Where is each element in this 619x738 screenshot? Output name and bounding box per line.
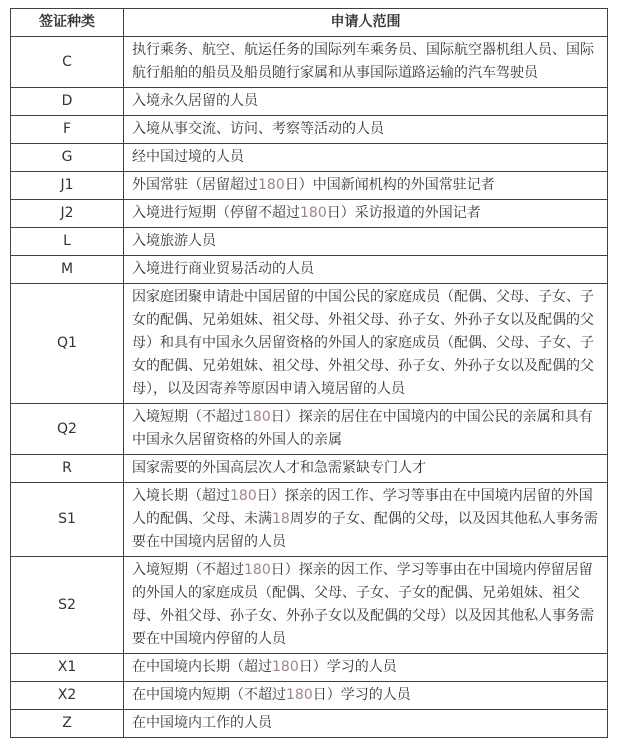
page: 签证种类 申请人范围 C 执行乘务、航空、航运任务的国际列车乘务员、国际航空器机… — [0, 0, 619, 700]
header-row: 签证种类 申请人范围 — [11, 9, 608, 37]
visa-type-cell: D — [11, 88, 124, 116]
table-header: 签证种类 申请人范围 — [11, 9, 608, 37]
table-row-f: F 入境从事交流、访问、考察等活动的人员 — [11, 116, 608, 144]
applicant-scope-cell: 在中国境内长期（超过180日）学习的人员 — [124, 654, 608, 682]
applicant-scope-cell: 入境进行短期（停留不超过180日）采访报道的外国记者 — [124, 200, 608, 228]
applicant-scope-cell: 入境短期（不超过180日）探亲的居住在中国境内的中国公民的亲属和具有中国永久居留… — [124, 404, 608, 455]
visa-type-cell: C — [11, 37, 124, 88]
visa-type-cell: R — [11, 455, 124, 483]
visa-type-cell: F — [11, 116, 124, 144]
applicant-scope-cell: 入境旅游人员 — [124, 228, 608, 256]
applicant-scope-cell: 国家需要的外国高层次人才和急需紧缺专门人才 — [124, 455, 608, 483]
applicant-scope-cell: 入境从事交流、访问、考察等活动的人员 — [124, 116, 608, 144]
applicant-scope-cell: 执行乘务、航空、航运任务的国际列车乘务员、国际航空器机组人员、国际航行船舶的船员… — [124, 37, 608, 88]
visa-type-cell: L — [11, 228, 124, 256]
visa-type-cell: G — [11, 144, 124, 172]
table-row-c: C 执行乘务、航空、航运任务的国际列车乘务员、国际航空器机组人员、国际航行船舶的… — [11, 37, 608, 88]
table-row-m: M 入境进行商业贸易活动的人员 — [11, 256, 608, 284]
applicant-scope-cell: 在中国境内工作的人员 — [124, 710, 608, 738]
visa-type-cell: S1 — [11, 483, 124, 557]
table-row-s1: S1 入境长期（超过180日）探亲的因工作、学习等事由在中国境内居留的外国人的配… — [11, 483, 608, 557]
table-row-d: D 入境永久居留的人员 — [11, 88, 608, 116]
visa-type-cell: Z — [11, 710, 124, 738]
table-row-x1: X1 在中国境内长期（超过180日）学习的人员 — [11, 654, 608, 682]
table-row-q2: Q2 入境短期（不超过180日）探亲的居住在中国境内的中国公民的亲属和具有中国永… — [11, 404, 608, 455]
visa-type-cell: J2 — [11, 200, 124, 228]
table-row-q1: Q1 因家庭团聚申请赴中国居留的中国公民的家庭成员（配偶、父母、子女、子女的配偶… — [11, 284, 608, 404]
applicant-scope-cell: 经中国过境的人员 — [124, 144, 608, 172]
visa-type-cell: J1 — [11, 172, 124, 200]
table-row-g: G 经中国过境的人员 — [11, 144, 608, 172]
applicant-scope-cell: 在中国境内短期（不超过180日）学习的人员 — [124, 682, 608, 710]
table-row-x2: X2 在中国境内短期（不超过180日）学习的人员 — [11, 682, 608, 710]
visa-type-cell: S2 — [11, 557, 124, 654]
visa-type-cell: X2 — [11, 682, 124, 710]
table-row-z: Z 在中国境内工作的人员 — [11, 710, 608, 738]
header-applicant-scope: 申请人范围 — [124, 9, 608, 37]
header-visa-type: 签证种类 — [11, 9, 124, 37]
visa-type-cell: Q1 — [11, 284, 124, 404]
applicant-scope-cell: 入境长期（超过180日）探亲的因工作、学习等事由在中国境内居留的外国人的配偶、父… — [124, 483, 608, 557]
table-row-r: R 国家需要的外国高层次人才和急需紧缺专门人才 — [11, 455, 608, 483]
visa-type-cell: M — [11, 256, 124, 284]
visa-type-cell: Q2 — [11, 404, 124, 455]
table-row-j2: J2 入境进行短期（停留不超过180日）采访报道的外国记者 — [11, 200, 608, 228]
visa-types-table: 签证种类 申请人范围 C 执行乘务、航空、航运任务的国际列车乘务员、国际航空器机… — [10, 8, 608, 738]
visa-type-cell: X1 — [11, 654, 124, 682]
table-row-l: L 入境旅游人员 — [11, 228, 608, 256]
table-row-s2: S2 入境短期（不超过180日）探亲的因工作、学习等事由在中国境内停留居留的外国… — [11, 557, 608, 654]
applicant-scope-cell: 入境短期（不超过180日）探亲的因工作、学习等事由在中国境内停留居留的外国人的家… — [124, 557, 608, 654]
applicant-scope-cell: 入境永久居留的人员 — [124, 88, 608, 116]
applicant-scope-cell: 入境进行商业贸易活动的人员 — [124, 256, 608, 284]
table-body: C 执行乘务、航空、航运任务的国际列车乘务员、国际航空器机组人员、国际航行船舶的… — [11, 37, 608, 738]
applicant-scope-cell: 因家庭团聚申请赴中国居留的中国公民的家庭成员（配偶、父母、子女、子女的配偶、兄弟… — [124, 284, 608, 404]
applicant-scope-cell: 外国常驻（居留超过180日）中国新闻机构的外国常驻记者 — [124, 172, 608, 200]
table-row-j1: J1 外国常驻（居留超过180日）中国新闻机构的外国常驻记者 — [11, 172, 608, 200]
